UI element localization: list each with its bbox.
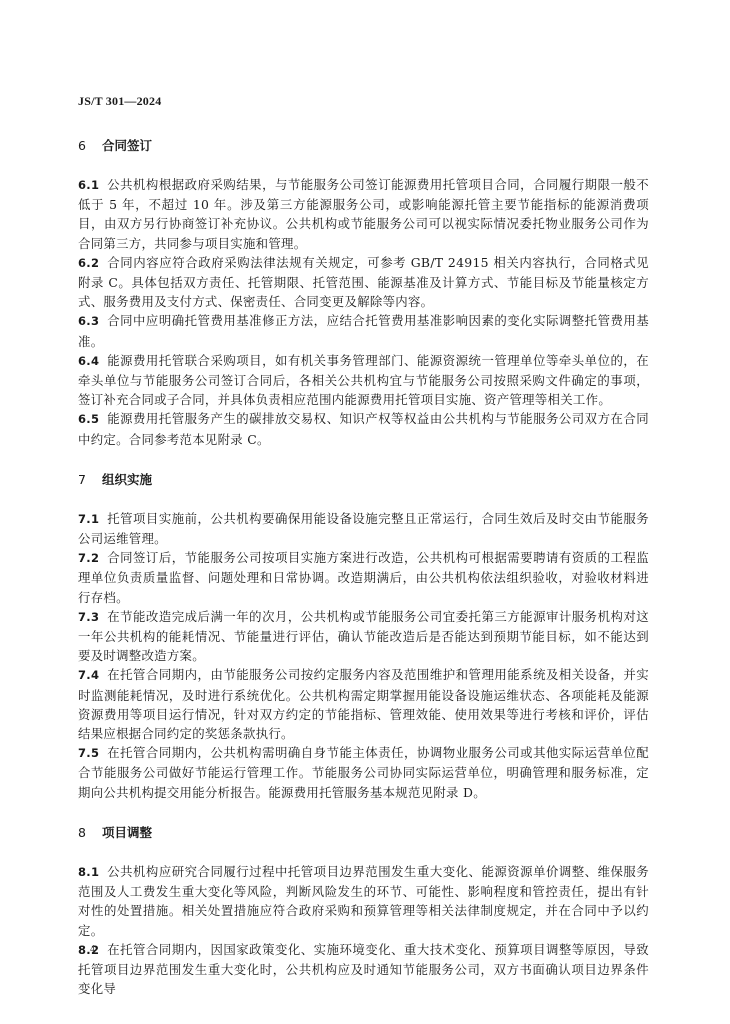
standard-code-header: JS/T 301—2024 [78,94,161,109]
clause-8-2: 8.2在托管合同期内，因国家政策变化、实施环境变化、重大技术变化、预算项目调整等… [78,940,649,999]
clause-number: 7.3 [78,608,107,627]
clause-7-1: 7.1托管项目实施前，公共机构要确保用能设备设施完整且正常运行，合同生效后及时交… [78,509,649,548]
clause-7-2: 7.2合同签订后，节能服务公司按项目实施方案进行改造，公共机构可根据需要聘请有资… [78,548,649,607]
clause-number: 7.2 [78,549,107,568]
clause-text: 公共机构根据政府采购结果，与节能服务公司签订能源费用托管项目合同，合同履行期限一… [78,177,649,251]
section-spacer [78,802,649,823]
section-spacer [78,449,649,470]
clause-number: 6.3 [78,312,107,331]
clause-6-4: 6.4能源费用托管联合采购项目，如有机关事务管理部门、能源资源统一管理单位等牵头… [78,351,649,410]
clause-text: 托管项目实施前，公共机构要确保用能设备设施完整且正常运行，合同生效后及时交由节能… [78,511,649,546]
clause-number: 6.5 [78,410,107,429]
clause-text: 合同签订后，节能服务公司按项目实施方案进行改造，公共机构可根据需要聘请有资质的工… [78,550,649,604]
clause-8-1: 8.1公共机构应研究合同履行过程中托管项目边界范围发生重大变化、能源资源单价调整… [78,862,649,940]
section-number: 7 [78,470,102,489]
section-heading-7: 7组织实施 [78,470,649,489]
clause-number: 6.1 [78,176,107,195]
clause-7-4: 7.4在托管合同期内，由节能服务公司按约定服务内容及范围维护和管理用能系统及相关… [78,665,649,743]
clause-number: 8.1 [78,863,107,882]
clause-number: 7.1 [78,510,107,529]
clause-text: 合同内容应符合政府采购法律法规有关规定，可参考 GB/T 24915 相关内容执… [78,255,649,309]
clause-text: 在节能改造完成后满一年的次月，公共机构或节能服务公司宜委托第三方能源审计服务机构… [78,609,649,663]
clause-6-2: 6.2合同内容应符合政府采购法律法规有关规定，可参考 GB/T 24915 相关… [78,253,649,312]
clause-number: 6.4 [78,352,107,371]
section-heading-6: 6合同签订 [78,136,649,155]
document-body: 6合同签订 6.1公共机构根据政府采购结果，与节能服务公司签订能源费用托管项目合… [78,136,649,998]
section-title: 项目调整 [102,825,152,840]
clause-text: 在托管合同期内，由节能服务公司按约定服务内容及范围维护和管理用能系统及相关设备，… [78,667,649,741]
clause-text: 在托管合同期内，公共机构需明确自身节能主体责任，协调物业服务公司或其他实际运营单… [78,745,649,799]
clause-text: 合同中应明确托管费用基准修正方法，应结合托管费用基准影响因素的变化实际调整托管费… [78,313,649,348]
clause-6-5: 6.5能源费用托管服务产生的碳排放交易权、知识产权等权益由公共机构与节能服务公司… [78,409,649,448]
section-title: 组织实施 [102,472,152,487]
section-title: 合同签订 [102,138,152,153]
clause-7-3: 7.3在节能改造完成后满一年的次月，公共机构或节能服务公司宜委托第三方能源审计服… [78,607,649,666]
page-number: 4 [90,944,95,955]
clause-text: 能源费用托管服务产生的碳排放交易权、知识产权等权益由公共机构与节能服务公司双方在… [78,411,649,446]
clause-7-5: 7.5在托管合同期内，公共机构需明确自身节能主体责任，协调物业服务公司或其他实际… [78,743,649,802]
clause-6-3: 6.3合同中应明确托管费用基准修正方法，应结合托管费用基准影响因素的变化实际调整… [78,311,649,350]
clause-text: 能源费用托管联合采购项目，如有机关事务管理部门、能源资源统一管理单位等牵头单位的… [78,353,649,407]
clause-number: 7.5 [78,744,107,763]
clause-text: 在托管合同期内，因国家政策变化、实施环境变化、重大技术变化、预算项目调整等原因，… [78,942,649,996]
clause-number: 6.2 [78,254,107,273]
section-heading-8: 8项目调整 [78,823,649,842]
clause-number: 7.4 [78,666,107,685]
clause-text: 公共机构应研究合同履行过程中托管项目边界范围发生重大变化、能源资源单价调整、维保… [78,864,649,938]
section-number: 6 [78,136,102,155]
section-number: 8 [78,823,102,842]
clause-6-1: 6.1公共机构根据政府采购结果，与节能服务公司签订能源费用托管项目合同，合同履行… [78,175,649,253]
